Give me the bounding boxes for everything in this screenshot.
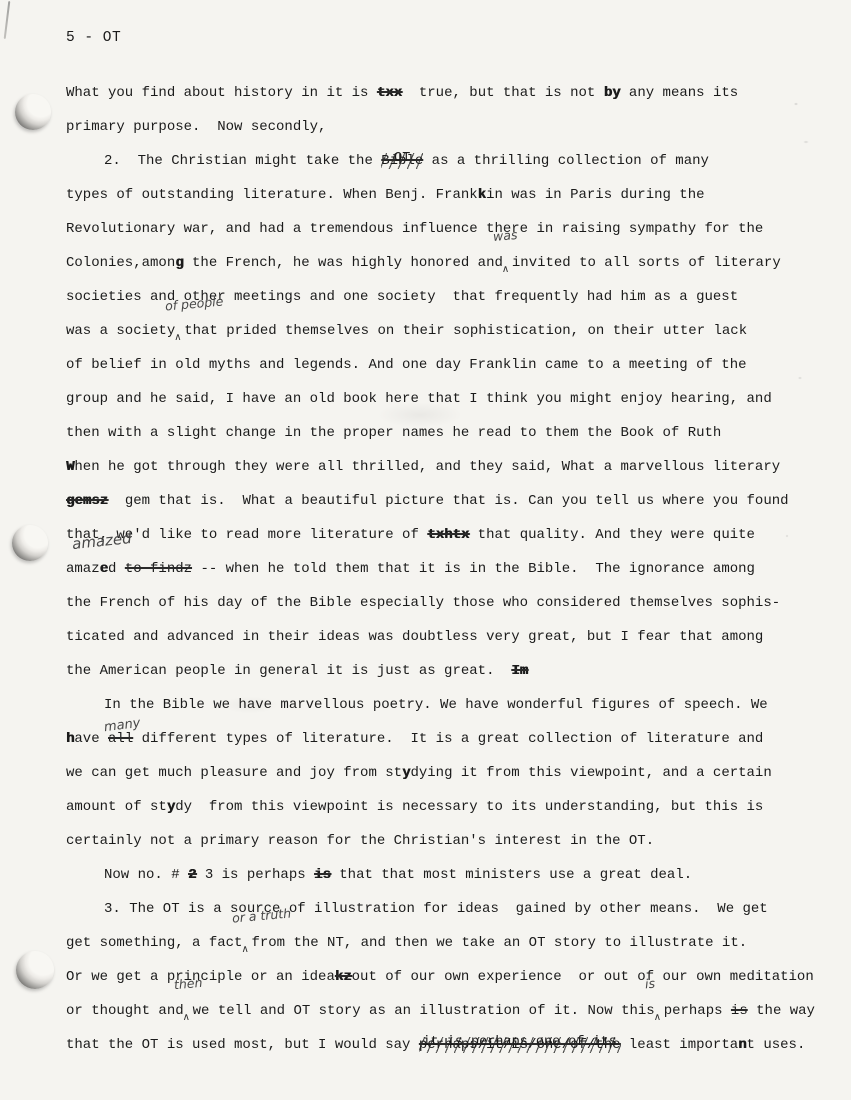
- typed-text: In the Bible we have marvellous poetry. …: [104, 697, 768, 713]
- typed-text: d: [108, 561, 125, 577]
- overtyped-text: e: [100, 561, 108, 577]
- typed-correction-text: it is perhaps one of its: [422, 1036, 616, 1050]
- overtyped-text: k: [478, 187, 486, 203]
- typed-correction: it is perhaps one of itsperhaps/it/is/on…: [419, 1028, 621, 1062]
- typed-text: that that most ministers use a great dea…: [331, 867, 692, 883]
- typed-text: out of our own experience or out of our …: [352, 969, 814, 985]
- text-line: certainly not a primary reason for the C…: [66, 824, 811, 858]
- insertion-mark: is∧: [655, 998, 664, 1014]
- typed-text: of belief in old myths and legends. And …: [66, 357, 747, 373]
- typed-text: dy from this viewpoint is necessary to i…: [175, 799, 763, 815]
- handwritten-annotation: or a truth: [231, 896, 293, 935]
- text-line: gemsz gem that is. What a beautiful pict…: [66, 484, 811, 518]
- typed-text: the French of his day of the Bible espec…: [66, 595, 780, 611]
- struck-text: kz: [335, 969, 352, 985]
- paper-crease: [4, 1, 11, 39]
- typed-text: the American people in general it is jus…: [66, 663, 511, 679]
- typed-text: least importa: [621, 1037, 739, 1053]
- page-number: 5 - OT: [66, 30, 121, 46]
- typed-text: ticated and advanced in their ideas was …: [66, 629, 763, 645]
- typed-text: hen he got through they were all thrille…: [74, 459, 780, 475]
- text-line: Revolutionary war, and had a tremendous …: [66, 212, 811, 246]
- text-line: was a societyof people∧that prided thems…: [66, 314, 811, 348]
- typed-text: we tell and OT story as an illustration …: [193, 1003, 655, 1019]
- caret-icon: ∧: [174, 333, 181, 343]
- handwritten-annotation: amazed: [70, 521, 133, 561]
- typed-text: primary purpose. Now secondly,: [66, 119, 326, 135]
- text-line: When he got through they were all thrill…: [66, 450, 811, 484]
- typed-text: dying it from this viewpoint, and a cert…: [410, 765, 771, 781]
- insertion-mark: or a truth∧: [242, 930, 251, 946]
- handwritten-annotation: was: [491, 218, 518, 254]
- typed-text: that prided themselves on their sophisti…: [184, 323, 747, 339]
- typed-text: then with a slight change in the proper …: [66, 425, 721, 441]
- typed-text: get something, a fact: [66, 935, 242, 951]
- typed-text: 3. The OT is a source of illustration fo…: [104, 901, 768, 917]
- typed-text: from the NT, and then we take an OT stor…: [251, 935, 747, 951]
- typed-text: 2. The Christian might take the: [104, 153, 381, 169]
- typed-text: certainly not a primary reason for the C…: [66, 833, 654, 849]
- punch-hole-shadow: [16, 951, 54, 989]
- typed-text: gem that is. What a beautiful picture th…: [108, 493, 789, 509]
- typewritten-page: 5 - OT What you find about history in it…: [0, 0, 851, 1100]
- text-line: types of outstanding literature. When Be…: [66, 178, 811, 212]
- typed-text: t uses.: [747, 1037, 806, 1053]
- typed-text: Revolutionary war, and had a tremendous …: [66, 221, 763, 237]
- text-line: In the Bible we have marvellous poetry. …: [66, 688, 811, 722]
- typed-text: was a society: [66, 323, 175, 339]
- text-line: of belief in old myths and legends. And …: [66, 348, 811, 382]
- overtyped-text: g: [175, 255, 183, 271]
- typed-correction: OTBible: [381, 144, 423, 178]
- struck-text: Im: [511, 663, 528, 679]
- text-line: then with a slight change in the proper …: [66, 416, 811, 450]
- caret-icon: ∧: [183, 1013, 190, 1023]
- typed-text: amaz: [66, 561, 100, 577]
- text-line: amount of stydy from this viewpoint is n…: [66, 790, 811, 824]
- handwritten-annotation: of people: [164, 285, 225, 324]
- typed-text: different types of literature. It is a g…: [133, 731, 763, 747]
- typed-text: in was in Paris during the: [486, 187, 704, 203]
- struck-text: txhtx: [427, 527, 469, 543]
- insertion-mark: was∧: [503, 250, 512, 266]
- typed-text: What you find about history in it is: [66, 85, 377, 101]
- handwritten-correction: manyall: [108, 722, 133, 756]
- typed-text: we can get much pleasure and joy from st: [66, 765, 402, 781]
- typed-text: perhaps: [664, 1003, 731, 1019]
- overtyped-text: by: [604, 85, 621, 101]
- overtyped-text: n: [738, 1037, 746, 1053]
- text-line: primary purpose. Now secondly,: [66, 110, 811, 144]
- typed-text: that quality. And they were quite: [469, 527, 755, 543]
- insertion-mark: of people∧: [175, 318, 184, 334]
- typed-text: that the OT is used most, but I would sa…: [66, 1037, 419, 1053]
- typed-text: 3 is perhaps: [196, 867, 314, 883]
- typed-text: the way: [748, 1003, 815, 1019]
- typed-text: types of outstanding literature. When Be…: [66, 187, 478, 203]
- text-line: 3. The OT is a source of illustration fo…: [66, 892, 811, 926]
- insertion-mark: then∧: [184, 998, 193, 1014]
- punch-hole-shadow: [12, 525, 48, 561]
- text-line: the American people in general it is jus…: [66, 654, 811, 688]
- caret-icon: ∧: [241, 945, 248, 955]
- struck-text: gemsz: [66, 493, 108, 509]
- typed-text: as a thrilling collection of many: [423, 153, 709, 169]
- caret-icon: ∧: [654, 1013, 661, 1023]
- typed-text: amount of st: [66, 799, 167, 815]
- typed-text: -- when he told them that it is in the B…: [192, 561, 755, 577]
- text-line: that, we'd like to read more literature …: [66, 518, 811, 552]
- text-line: ticated and advanced in their ideas was …: [66, 620, 811, 654]
- text-line: get something, a factor a truth∧from the…: [66, 926, 811, 960]
- overtyped-text: y: [167, 799, 175, 815]
- text-line: that the OT is used most, but I would sa…: [66, 1028, 811, 1062]
- text-line: the French of his day of the Bible espec…: [66, 586, 811, 620]
- struck-text: is: [731, 1003, 748, 1019]
- struck-text: is: [314, 867, 331, 883]
- text-line: have manyall different types of literatu…: [66, 722, 811, 756]
- text-line: group and he said, I have an old book he…: [66, 382, 811, 416]
- typed-text: invited to all sorts of literary: [512, 255, 781, 271]
- typed-text: the French, he was highly honored and: [184, 255, 503, 271]
- text-line: we can get much pleasure and joy from st…: [66, 756, 811, 790]
- text-line: amazedamazed to findz -- when he told th…: [66, 552, 811, 586]
- text-line: Colonies,among the French, he was highly…: [66, 246, 811, 280]
- text-lines: What you find about history in it is txx…: [66, 76, 811, 1062]
- text-line: Now no. # 2 3 is perhaps is that that mo…: [66, 858, 811, 892]
- struck-text: to findz: [125, 561, 192, 577]
- text-line: What you find about history in it is txx…: [66, 76, 811, 110]
- handwritten-annotation: then: [172, 966, 203, 1002]
- typed-text: Now no. #: [104, 867, 188, 883]
- typed-text: Colonies,amon: [66, 255, 175, 271]
- punch-hole-shadow: [15, 94, 51, 130]
- struck-text: txx: [377, 85, 402, 101]
- typed-correction-text: OT: [394, 152, 410, 166]
- typed-text: true, but that is not: [402, 85, 604, 101]
- caret-icon: ∧: [502, 265, 509, 275]
- typed-text: group and he said, I have an old book he…: [66, 391, 772, 407]
- handwritten-annotation: many: [102, 707, 142, 745]
- typed-text: or thought and: [66, 1003, 184, 1019]
- typed-text: ave: [74, 731, 108, 747]
- typed-text: any means its: [621, 85, 739, 101]
- text-line: or thought andthen∧we tell and OT story …: [66, 994, 811, 1028]
- text-line: 2. The Christian might take the OTBible …: [66, 144, 811, 178]
